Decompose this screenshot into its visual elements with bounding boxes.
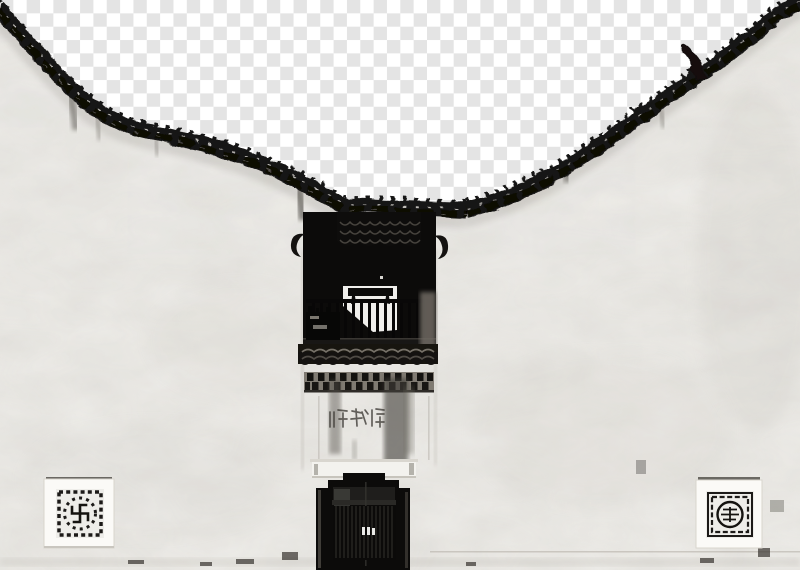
lintel-end-mark	[409, 463, 414, 475]
water-stain	[352, 440, 357, 460]
photo-svg: 師我得	[0, 0, 800, 570]
window-sill-line	[44, 546, 114, 548]
lintel-end-mark	[314, 464, 318, 475]
wall-wash	[470, 350, 730, 510]
grille-light-slits	[362, 527, 375, 535]
door-grille	[333, 506, 396, 560]
altar-slit	[313, 325, 327, 329]
inscription-text: 師我得	[352, 422, 397, 440]
jamb-highlight-left	[318, 490, 321, 568]
jamb-highlight-right	[405, 492, 408, 568]
wall-base-seam	[430, 551, 800, 553]
tower-eave	[298, 344, 438, 365]
lattice-window-right	[696, 477, 762, 548]
water-stain	[404, 386, 414, 454]
dentil-band	[304, 372, 434, 393]
plaque-border-left	[318, 396, 320, 460]
lattice-window-left	[44, 477, 114, 548]
entrance-door	[310, 459, 418, 570]
door-rail	[332, 500, 396, 505]
dentil-bottom-edge	[304, 390, 434, 393]
railing-top-rail	[306, 299, 430, 303]
tower-right-pillar	[420, 292, 436, 348]
plaque-border-right	[428, 396, 430, 460]
transparent-canvas: 師我得	[0, 0, 800, 570]
altar-slit	[310, 316, 319, 319]
light-speck	[380, 276, 383, 279]
lintel-step-shadow	[310, 459, 418, 462]
